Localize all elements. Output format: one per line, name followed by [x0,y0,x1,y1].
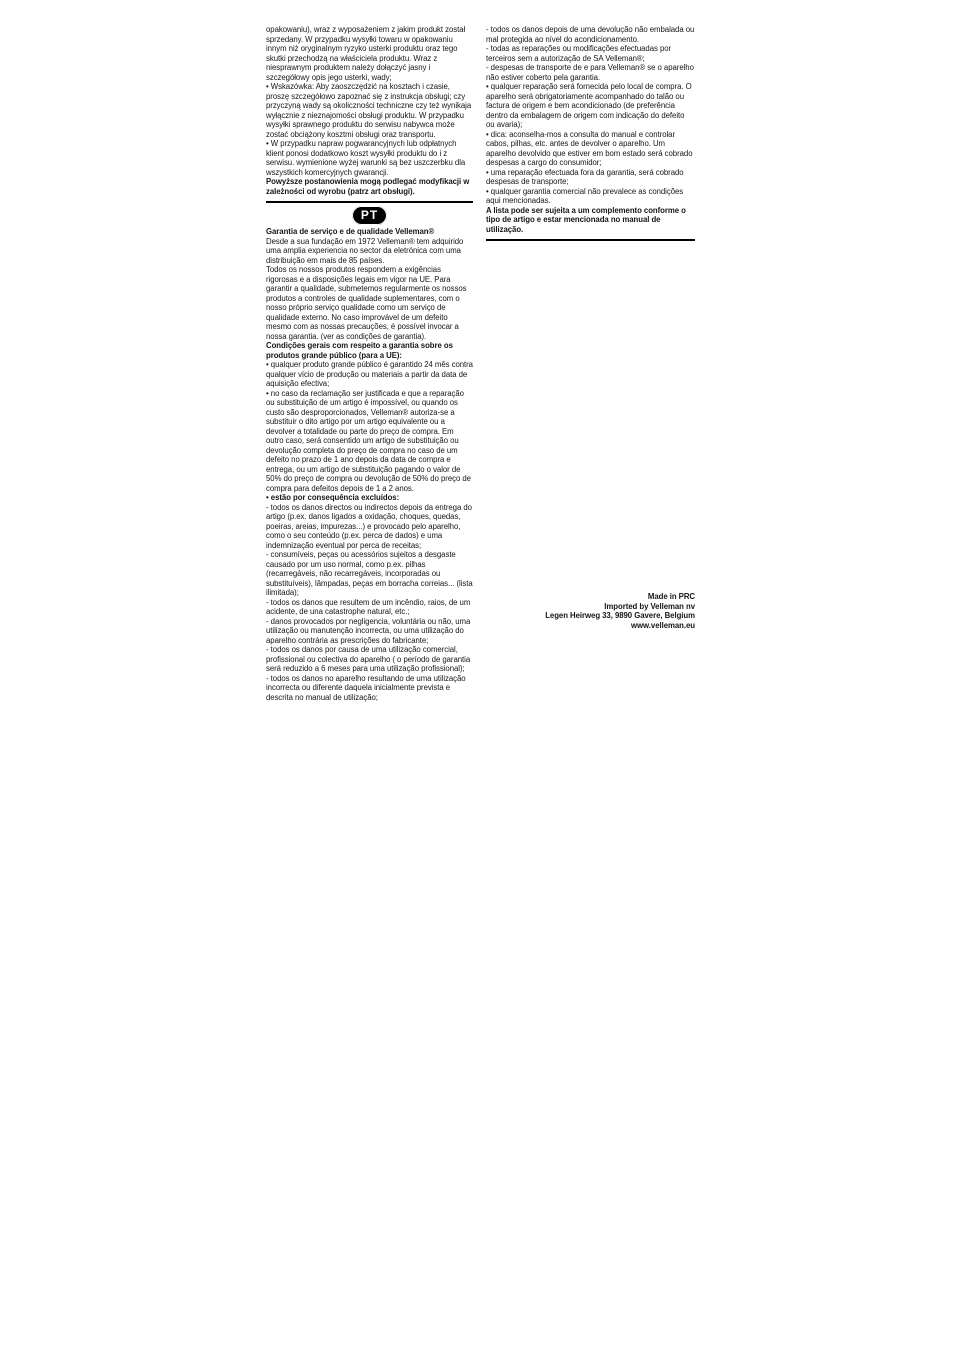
paragraph: - todos os danos depois de uma devolução… [486,25,695,44]
footer-line: Made in PRC [486,592,695,602]
bold-paragraph: • estão por consequência excluídos: [266,493,473,503]
paragraph: - consumíveis, peças ou acessórios sujei… [266,550,473,598]
footer-line: Legen Heirweg 33, 9890 Gavere, Belgium [486,611,695,621]
paragraph: Todos os nossos produtos respondem a exi… [266,265,473,341]
footer-line: www.velleman.eu [486,621,695,631]
paragraph: • qualquer produto grande público é gara… [266,360,473,389]
bold-paragraph: Garantia de serviço e de qualidade Velle… [266,227,473,237]
paragraph: • uma reparação efectuada fora da garant… [486,168,695,187]
language-badge-row: PT [266,206,473,225]
manual-page: opakowaniu), wraz z wyposażeniem z jakim… [0,0,954,1351]
paragraph: • qualquer garantia comercial não preval… [486,187,695,206]
paragraph: • no caso da reclamação ser justificada … [266,389,473,494]
language-badge-pt: PT [352,206,387,225]
paragraph: • dica: aconselha-mos a consulta do manu… [486,130,695,168]
bold-paragraph: Condições gerais com respeito a garantia… [266,341,473,360]
manufacturer-footer: Made in PRCImported by Velleman nvLegen … [486,592,695,630]
footer-line: Imported by Velleman nv [486,602,695,612]
right-column: - todos os danos depois de uma devolução… [486,25,695,244]
bold-paragraph: A lista pode ser sujeita a um complement… [486,206,695,235]
paragraph: - danos provocados por negligencia, volu… [266,617,473,646]
paragraph: - todos os danos por causa de uma utiliz… [266,645,473,674]
paragraph: Desde a sua fundação em 1972 Velleman® t… [266,237,473,266]
paragraph: opakowaniu), wraz z wyposażeniem z jakim… [266,25,473,82]
paragraph: - despesas de transporte de e para Velle… [486,63,695,82]
paragraph: - todos os danos directos ou indirectos … [266,503,473,551]
bold-paragraph: Powyższe postanowienia mogą podlegać mod… [266,177,473,196]
paragraph: • W przypadku napraw pogwarancyjnych lub… [266,139,473,177]
paragraph: - todos os danos que resultem de um incê… [266,598,473,617]
paragraph: - todos os danos no aparelho resultando … [266,674,473,703]
section-divider [266,201,473,203]
left-column: opakowaniu), wraz z wyposażeniem z jakim… [266,25,473,702]
paragraph: - todas as reparações ou modificações ef… [486,44,695,63]
paragraph: • qualquer reparação será fornecida pelo… [486,82,695,130]
section-divider [486,239,695,241]
paragraph: • Wskazówka: Aby zaoszczędzić na kosztac… [266,82,473,139]
